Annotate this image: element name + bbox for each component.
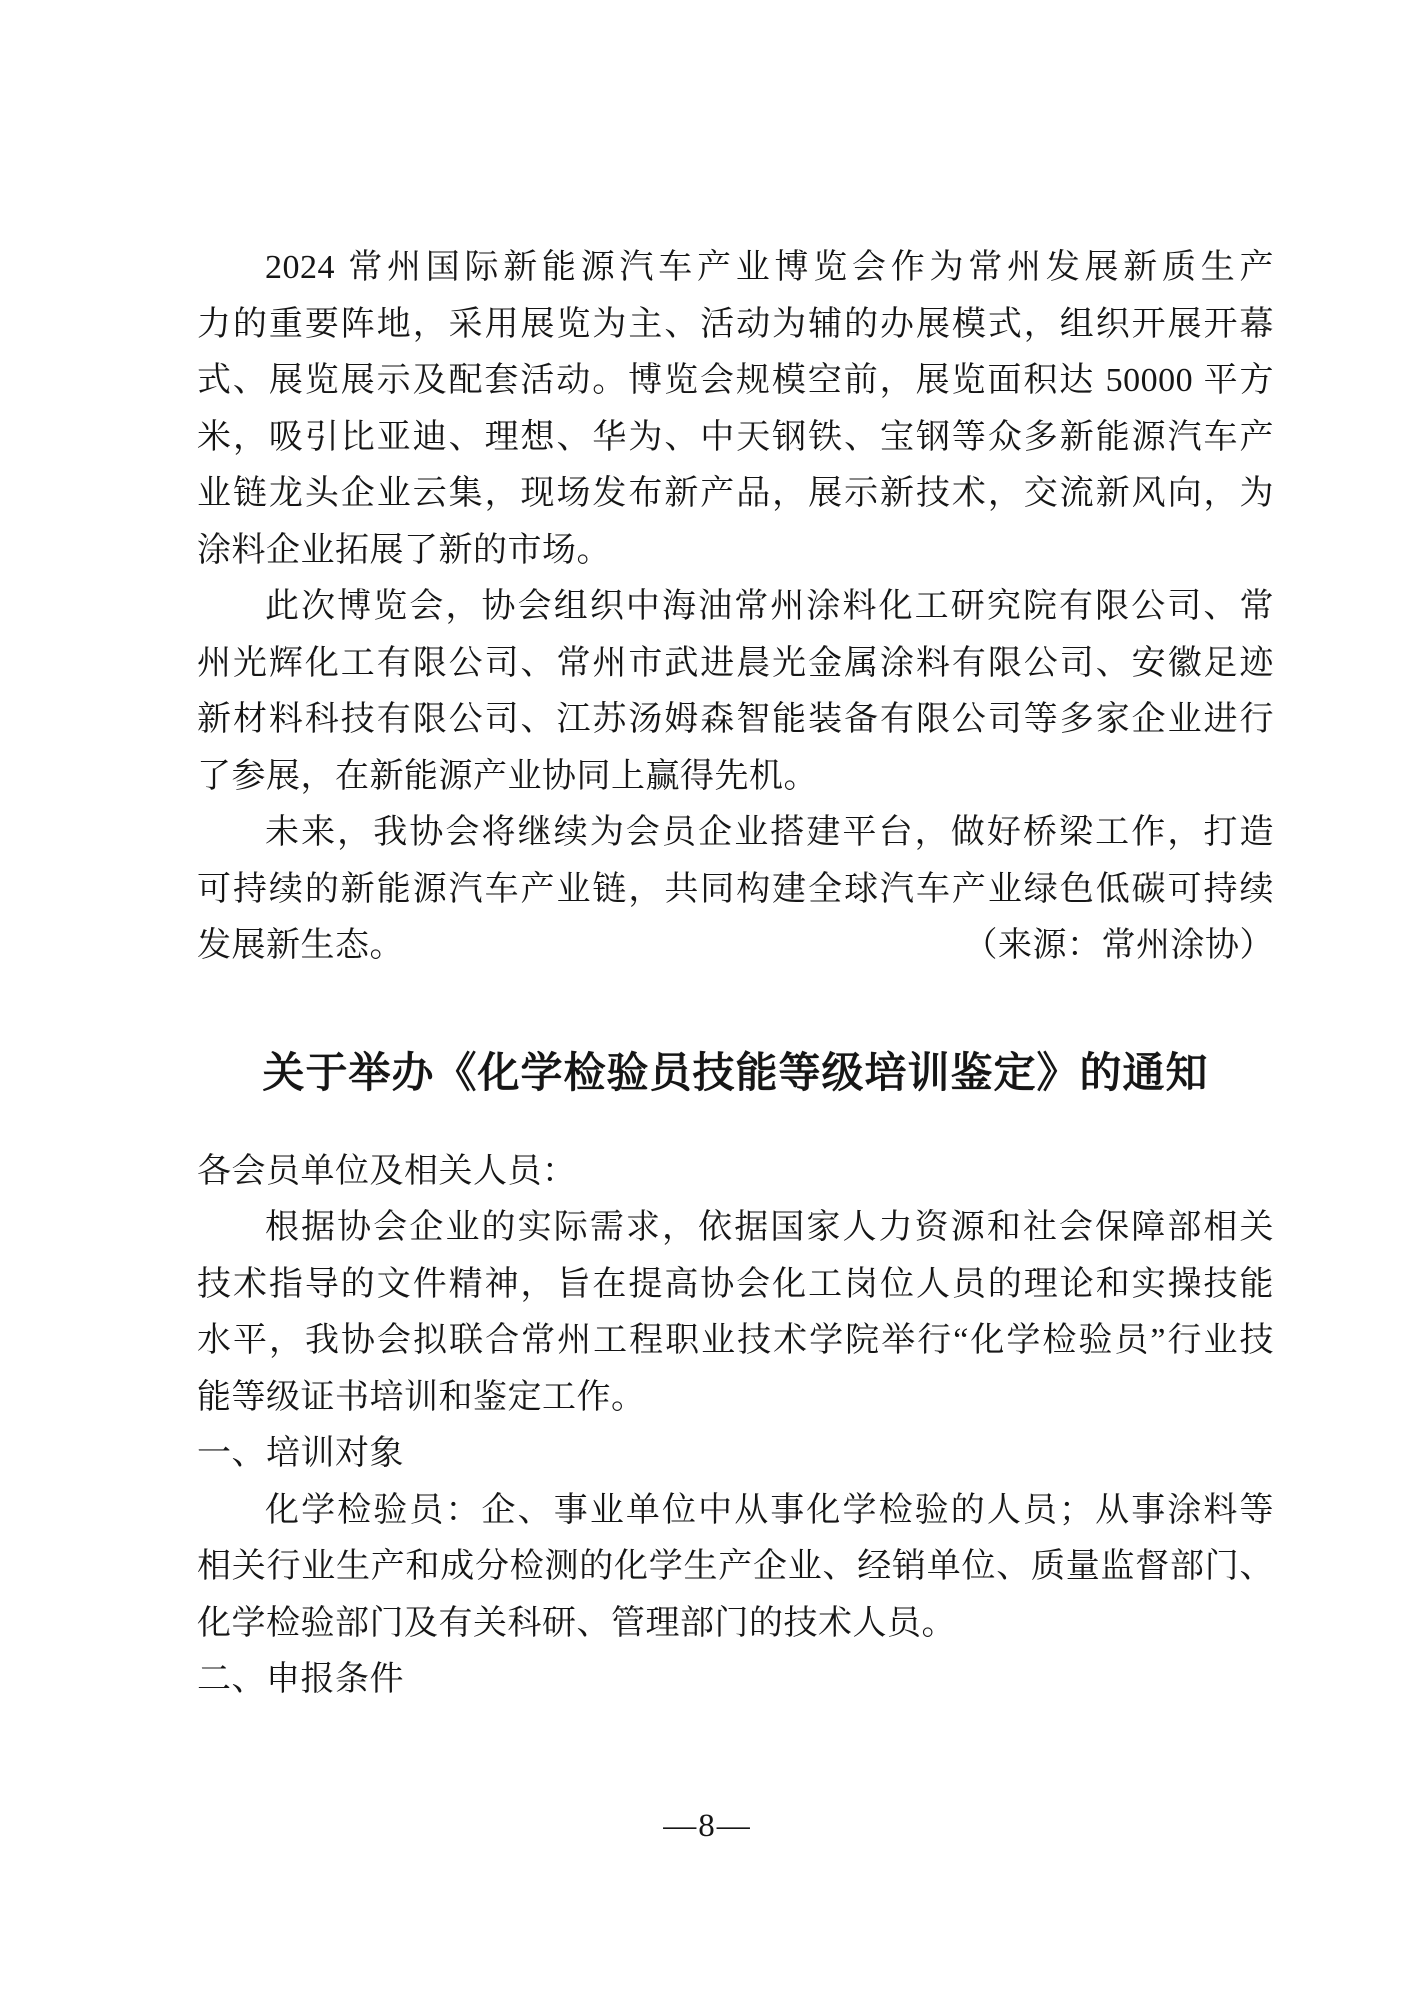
article-notice: 关于举办《化学检验员技能等级培训鉴定》的通知 各会员单位及相关人员： 根据协会企… xyxy=(197,1039,1274,1709)
article-expo: 2024 常州国际新能源汽车产业博览会作为常州发展新质生产 力的重要阵地，采用展… xyxy=(197,240,1274,975)
body-line: 化学检验部门及有关科研、管理部门的技术人员。 xyxy=(197,1596,1274,1653)
document-page: 2024 常州国际新能源汽车产业博览会作为常州发展新质生产 力的重要阵地，采用展… xyxy=(0,0,1415,2000)
body-line: 式、展览展示及配套活动。博览会规模空前，展览面积达 50000 平方 xyxy=(197,353,1274,410)
body-line: 技术指导的文件精神，旨在提高协会化工岗位人员的理论和实操技能 xyxy=(197,1257,1274,1314)
body-line: 根据协会企业的实际需求，依据国家人力资源和社会保障部相关 xyxy=(197,1200,1274,1257)
source-attribution: （来源：常州涂协） xyxy=(964,918,1275,975)
body-line: 化学检验员：企、事业单位中从事化学检验的人员；从事涂料等 xyxy=(197,1483,1274,1540)
notice-title: 关于举办《化学检验员技能等级培训鉴定》的通知 xyxy=(197,1039,1274,1109)
body-line: 了参展，在新能源产业协同上赢得先机。 xyxy=(197,749,1274,806)
paragraph: 未来，我协会将继续为会员企业搭建平台，做好桥梁工作，打造 可持续的新能源汽车产业… xyxy=(197,805,1274,975)
body-line: 可持续的新能源汽车产业链，共同构建全球汽车产业绿色低碳可持续 xyxy=(197,862,1274,919)
body-line: 水平，我协会拟联合常州工程职业技术学院举行“化学检验员”行业技 xyxy=(197,1313,1274,1370)
body-line: 发展新生态。 （来源：常州涂协） xyxy=(197,918,1274,975)
body-line: 州光辉化工有限公司、常州市武进晨光金属涂料有限公司、安徽足迹 xyxy=(197,636,1274,693)
body-line: 涂料企业拓展了新的市场。 xyxy=(197,523,1274,580)
body-line: 2024 常州国际新能源汽车产业博览会作为常州发展新质生产 xyxy=(197,240,1274,297)
paragraph: 此次博览会，协会组织中海油常州涂料化工研究院有限公司、常 州光辉化工有限公司、常… xyxy=(197,579,1274,805)
section-heading-training-targets: 一、培训对象 xyxy=(197,1426,1274,1483)
body-line: 此次博览会，协会组织中海油常州涂料化工研究院有限公司、常 xyxy=(197,579,1274,636)
page-number: —8— xyxy=(0,1806,1415,1846)
body-line: 能等级证书培训和鉴定工作。 xyxy=(197,1370,1274,1427)
paragraph: 化学检验员：企、事业单位中从事化学检验的人员；从事涂料等 相关行业生产和成分检测… xyxy=(197,1483,1274,1653)
body-line: 未来，我协会将继续为会员企业搭建平台，做好桥梁工作，打造 xyxy=(197,805,1274,862)
paragraph: 2024 常州国际新能源汽车产业博览会作为常州发展新质生产 力的重要阵地，采用展… xyxy=(197,240,1274,579)
body-line: 米，吸引比亚迪、理想、华为、中天钢铁、宝钢等众多新能源汽车产 xyxy=(197,410,1274,467)
body-line: 新材料科技有限公司、江苏汤姆森智能装备有限公司等多家企业进行 xyxy=(197,692,1274,749)
body-line: 相关行业生产和成分检测的化学生产企业、经销单位、质量监督部门、 xyxy=(197,1539,1274,1596)
body-line: 力的重要阵地，采用展览为主、活动为辅的办展模式，组织开展开幕 xyxy=(197,297,1274,354)
paragraph: 根据协会企业的实际需求，依据国家人力资源和社会保障部相关 技术指导的文件精神，旨… xyxy=(197,1200,1274,1426)
page-content: 2024 常州国际新能源汽车产业博览会作为常州发展新质生产 力的重要阵地，采用展… xyxy=(197,240,1274,1709)
salutation: 各会员单位及相关人员： xyxy=(197,1144,1274,1201)
paragraph-end-text: 发展新生态。 xyxy=(197,918,404,975)
section-heading-application-conditions: 二、申报条件 xyxy=(197,1652,1274,1709)
body-line: 业链龙头企业云集，现场发布新产品，展示新技术，交流新风向，为 xyxy=(197,466,1274,523)
